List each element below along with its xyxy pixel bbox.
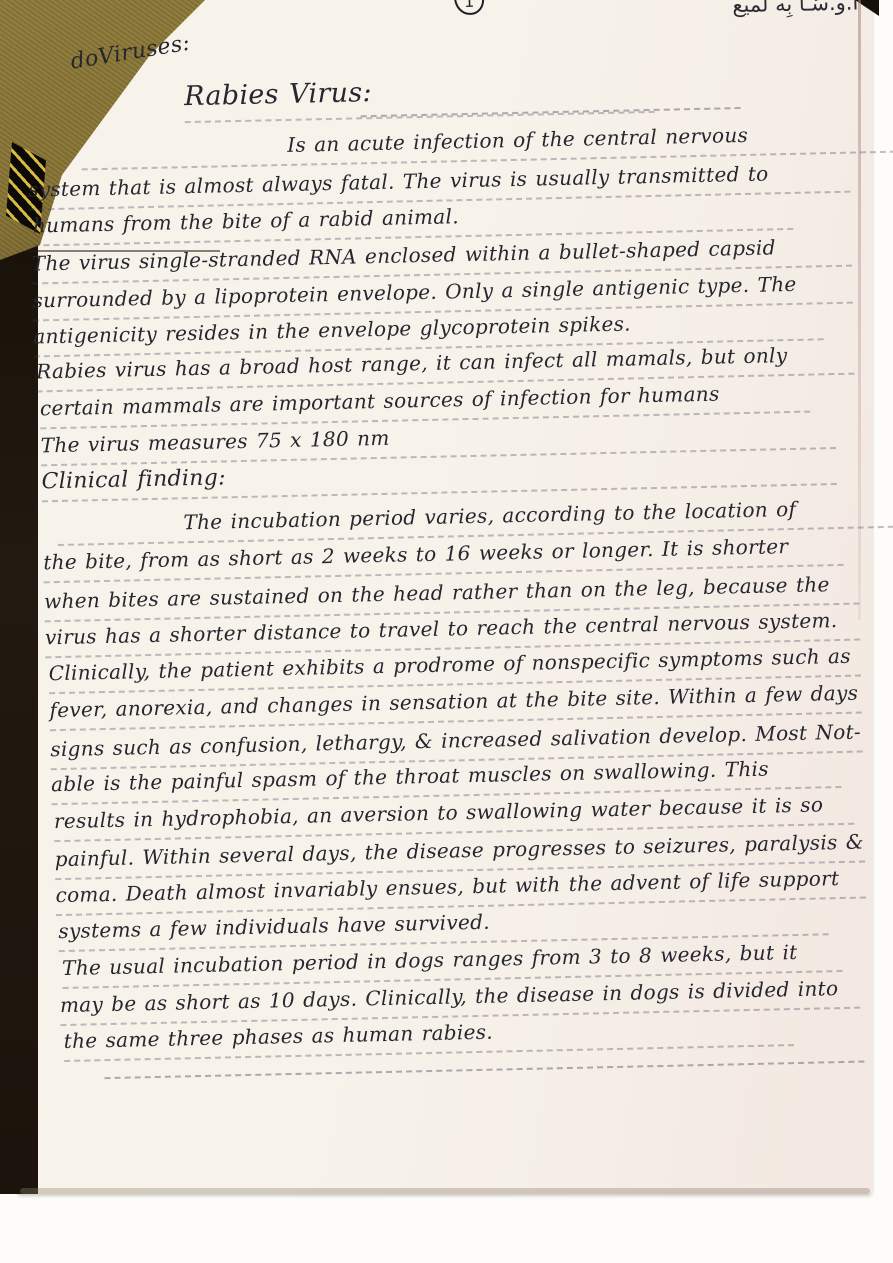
handwriting-layer: 1 أ.و.سُـّا بِه لميع doViruses: Rabies V… [0, 0, 893, 1263]
photographed-notes-page: 1 أ.و.سُـّا بِه لميع doViruses: Rabies V… [0, 0, 893, 1263]
partial-heading: doViruses: [69, 31, 193, 81]
arabic-inscription: أ.و.سُـّا بِه لميع [686, 0, 858, 18]
page-number: 1 [464, 0, 475, 11]
page-number-circle: 1 [454, 0, 485, 15]
